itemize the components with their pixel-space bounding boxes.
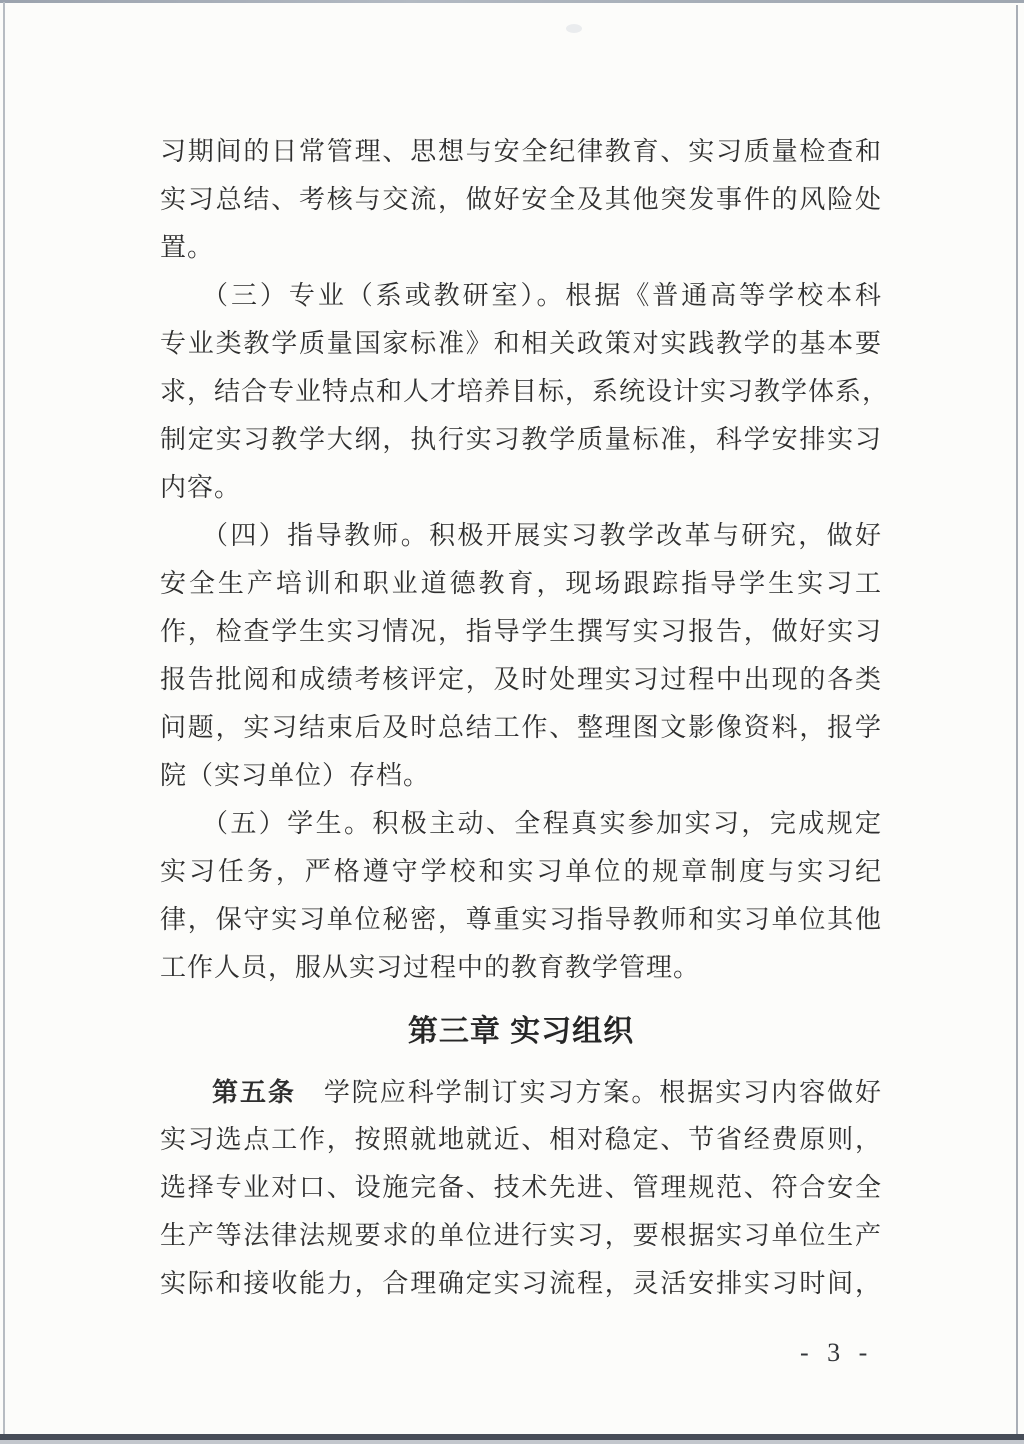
- text-line: 制定实习教学大纲，执行实习教学质量标准，科学安排实习: [160, 416, 882, 464]
- text-line: （三）专业（系或教研室）。根据《普通高等学校本科: [160, 272, 882, 320]
- text-line: 置。: [160, 224, 882, 272]
- text-line: 专业类教学质量国家标准》和相关政策对实践教学的基本要: [160, 320, 882, 368]
- text-line: （四）指导教师。积极开展实习教学改革与研究，做好: [160, 512, 882, 560]
- chapter-heading: 第三章 实习组织: [160, 1008, 882, 1056]
- text-line: 第五条 学院应科学制订实习方案。根据实习内容做好: [160, 1068, 882, 1116]
- text-line: 工作人员，服从实习过程中的教育教学管理。: [160, 944, 882, 992]
- text-line: 问题，实习结束后及时总结工作、整理图文影像资料，报学: [160, 704, 882, 752]
- text-line: 作，检查学生实习情况，指导学生撰写实习报告，做好实习: [160, 608, 882, 656]
- scanned-document-page: 习期间的日常管理、思想与安全纪律教育、实习质量检查和实习总结、考核与交流，做好安…: [0, 0, 1024, 1444]
- text-line: 求，结合专业特点和人才培养目标，系统设计实习教学体系，: [160, 368, 882, 416]
- scan-edge-top: [0, 0, 1024, 3]
- text-line: 选择专业对口、设施完备、技术先进、管理规范、符合安全: [160, 1164, 882, 1212]
- text-line: 安全生产培训和职业道德教育，现场跟踪指导学生实习工: [160, 560, 882, 608]
- text-line: 实习选点工作，按照就地就近、相对稳定、节省经费原则，: [160, 1116, 882, 1164]
- text-line: 内容。: [160, 464, 882, 512]
- text-line: 实习任务，严格遵守学校和实习单位的规章制度与实习纪: [160, 848, 882, 896]
- article-number-bold: 第五条: [212, 1077, 296, 1107]
- scan-edge-left: [3, 2, 5, 1438]
- text-line: 律，保守实习单位秘密，尊重实习指导教师和实习单位其他: [160, 896, 882, 944]
- text-line: 院（实习单位）存档。: [160, 752, 882, 800]
- page-number: - 3 -: [800, 1338, 869, 1368]
- scan-smudge-artifact: [566, 24, 582, 33]
- text-line: 习期间的日常管理、思想与安全纪律教育、实习质量检查和: [160, 128, 882, 176]
- text-line: 实际和接收能力，合理确定实习流程，灵活安排实习时间，: [160, 1260, 882, 1308]
- document-text: 习期间的日常管理、思想与安全纪律教育、实习质量检查和实习总结、考核与交流，做好安…: [160, 128, 882, 1308]
- scan-edge-bottom-shadow: [0, 1440, 1024, 1444]
- text-line: 报告批阅和成绩考核评定，及时处理实习过程中出现的各类: [160, 656, 882, 704]
- scan-edge-right: [1016, 5, 1018, 1440]
- text-line: 生产等法律法规要求的单位进行实习，要根据实习单位生产: [160, 1212, 882, 1260]
- text-segment: 学院应科学制订实习方案。根据实习内容做好: [296, 1078, 882, 1107]
- text-line: 实习总结、考核与交流，做好安全及其他突发事件的风险处: [160, 176, 882, 224]
- text-line: （五）学生。积极主动、全程真实参加实习，完成规定: [160, 800, 882, 848]
